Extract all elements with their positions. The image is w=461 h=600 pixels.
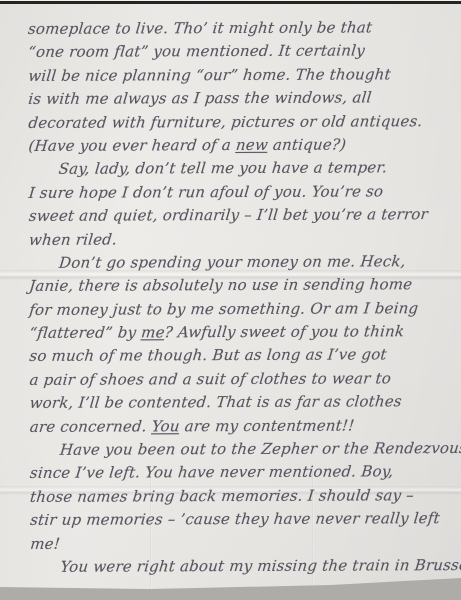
- scanned-letter: someplace to live. Tho’ it might only be…: [0, 0, 461, 600]
- handwritten-line: I sure hope I don’t run afoul of you. Yo…: [28, 180, 457, 205]
- handwritten-line: “flattered” by me? Awfully sweet of you …: [28, 320, 457, 345]
- handwritten-line: Janie, there is absolutely no use in sen…: [28, 273, 457, 298]
- handwritten-line: You were right about my missing the trai…: [29, 554, 458, 579]
- handwritten-line: is with me always as I pass the windows,…: [27, 86, 456, 111]
- scan-edge-top: [0, 1, 461, 4]
- handwritten-line: when riled.: [28, 227, 457, 252]
- handwritten-line: decorated with furniture, pictures or ol…: [27, 110, 456, 135]
- handwritten-line: Say, lady, don’t tell me you have a temp…: [27, 156, 456, 181]
- letter-page: someplace to live. Tho’ it might only be…: [0, 4, 461, 590]
- handwritten-line: work, I’ll be contented. That is as far …: [29, 390, 458, 415]
- handwritten-line: for money just to by me something. Or am…: [28, 297, 457, 322]
- handwritten-line: me!: [29, 531, 458, 556]
- handwritten-line: those names bring back memories. I shoul…: [29, 484, 458, 509]
- handwritten-line: are concerned. You are my contentment!!: [29, 414, 458, 439]
- handwritten-line: so much of me though. But as long as I’v…: [28, 343, 457, 368]
- handwritten-line: stir up memories – ’cause they have neve…: [29, 507, 458, 532]
- handwritten-line: “one room flat” you mentioned. It certai…: [27, 39, 456, 64]
- handwritten-line: someplace to live. Tho’ it might only be…: [27, 16, 456, 41]
- handwritten-line: since I’ve left. You have never mentione…: [29, 460, 458, 485]
- handwritten-line: will be nice planning “our” home. The th…: [27, 63, 456, 88]
- handwritten-line: a pair of shoes and a suit of clothes to…: [28, 367, 457, 392]
- handwritten-line: Have you been out to the Zepher or the R…: [29, 437, 458, 462]
- letter-body: someplace to live. Tho’ it might only be…: [0, 16, 461, 579]
- handwritten-line: sweet and quiet, ordinarily – I’ll bet y…: [28, 203, 457, 228]
- handwritten-line: (Have you ever heard of a new antique?): [27, 133, 456, 158]
- handwritten-line: Don’t go spending your money on me. Heck…: [28, 250, 457, 275]
